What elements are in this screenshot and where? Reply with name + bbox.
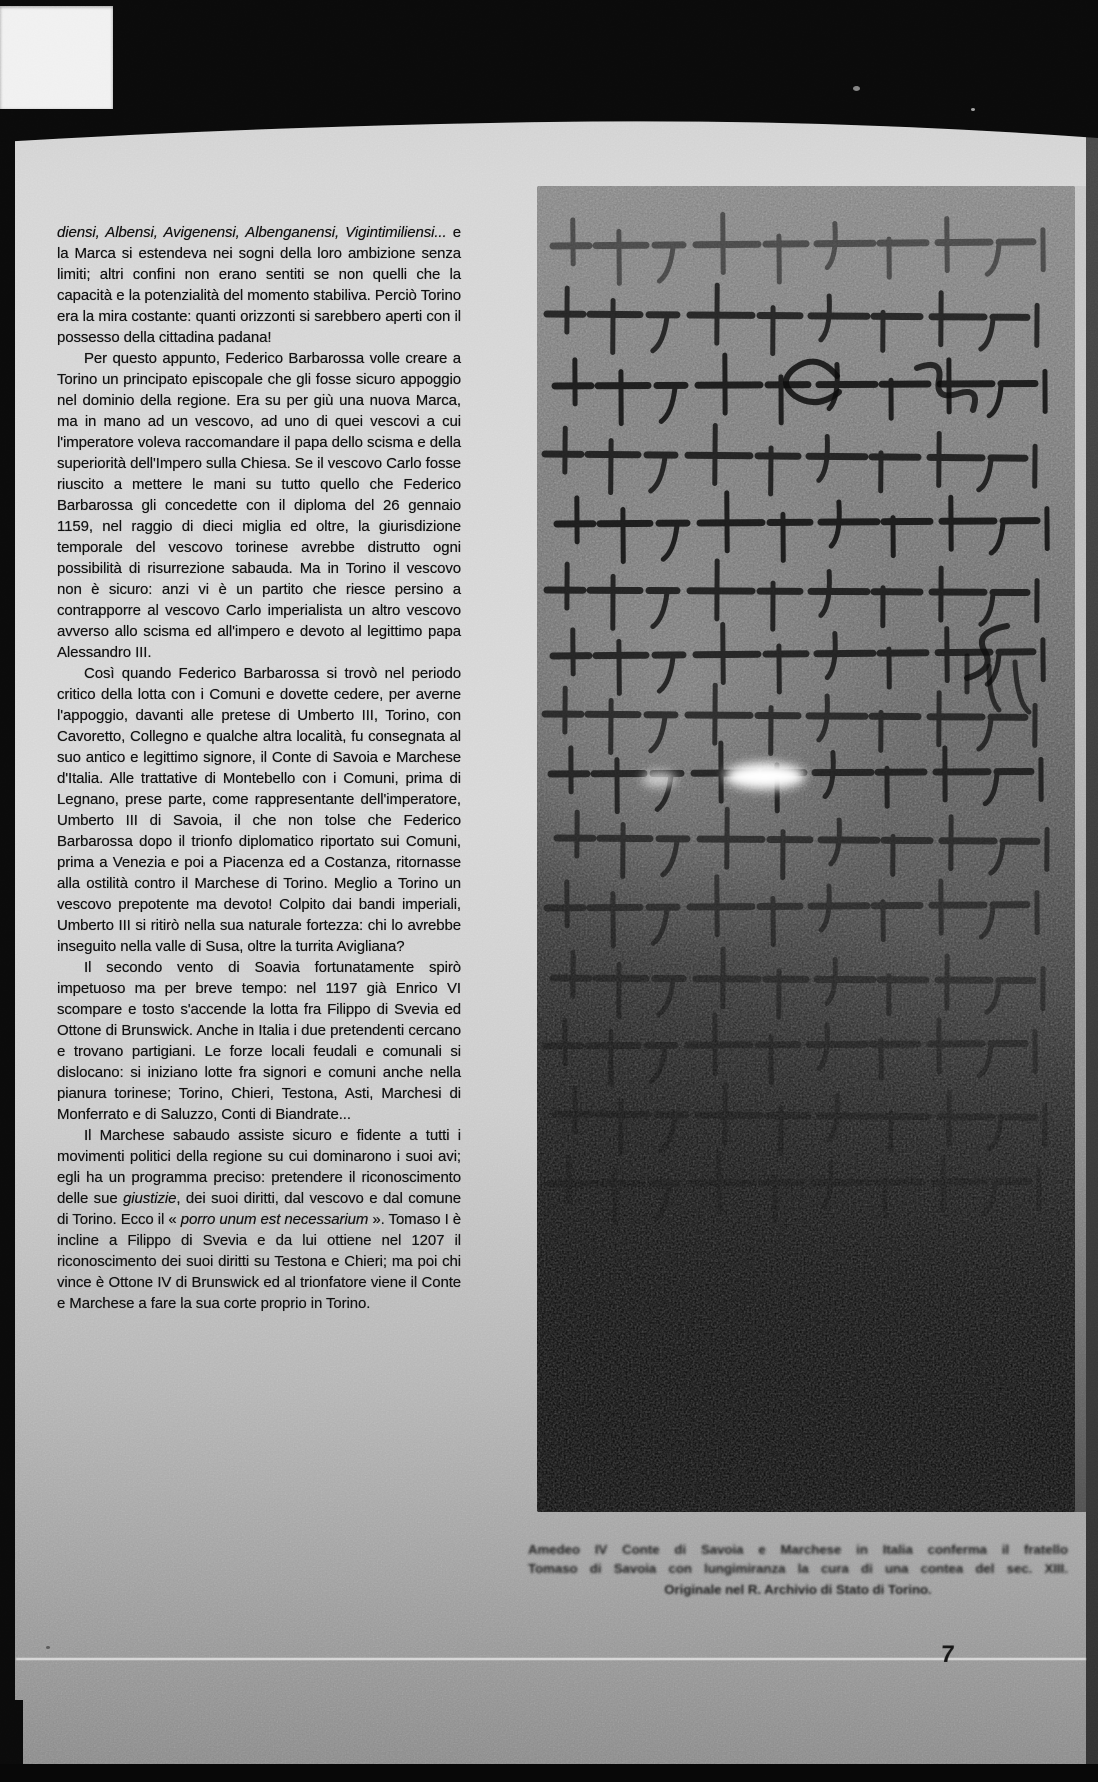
manuscript-photo	[537, 186, 1075, 1512]
manuscript-script-marks	[537, 186, 1075, 1512]
dust-speck	[853, 86, 860, 91]
light-glare-spot	[725, 763, 805, 789]
paragraph: Il secondo vento di Soavia fortunatament…	[57, 957, 461, 1125]
paragraph: Il Marchese sabaudo assiste sicuro e fid…	[57, 1125, 461, 1314]
caption-credit: Originale nel R. Archivio di Stato di To…	[528, 1580, 1068, 1599]
dust-speck	[971, 108, 975, 111]
film-bottom-edge	[0, 1764, 1098, 1782]
scratch-line	[16, 1658, 1086, 1660]
light-glare-spot	[642, 771, 676, 787]
article-column: diensi, Albensi, Avigenensi, Albenganens…	[57, 222, 461, 1314]
caption-line: Tomaso di Savoia con lungimiranza la cur…	[528, 1559, 1068, 1578]
paragraph: Così quando Federico Barbarossa si trovò…	[57, 663, 461, 957]
film-right-edge	[1086, 0, 1098, 1782]
paragraph: Per questo appunto, Federico Barbarossa …	[57, 348, 461, 663]
film-top-band	[0, 0, 1098, 150]
paragraph: diensi, Albensi, Avigenensi, Albenganens…	[57, 222, 461, 348]
film-left-edge	[0, 128, 15, 1782]
film-notch	[0, 6, 113, 109]
caption-line: Amedeo IV Conte di Savoia e Marchese in …	[528, 1540, 1068, 1559]
photo-caption: Amedeo IV Conte di Savoia e Marchese in …	[528, 1540, 1068, 1599]
page-number: 7	[940, 1641, 955, 1669]
paragraph-lead-italic: diensi, Albensi, Avigenensi, Albenganens…	[57, 224, 447, 241]
dust-speck	[46, 1646, 50, 1649]
